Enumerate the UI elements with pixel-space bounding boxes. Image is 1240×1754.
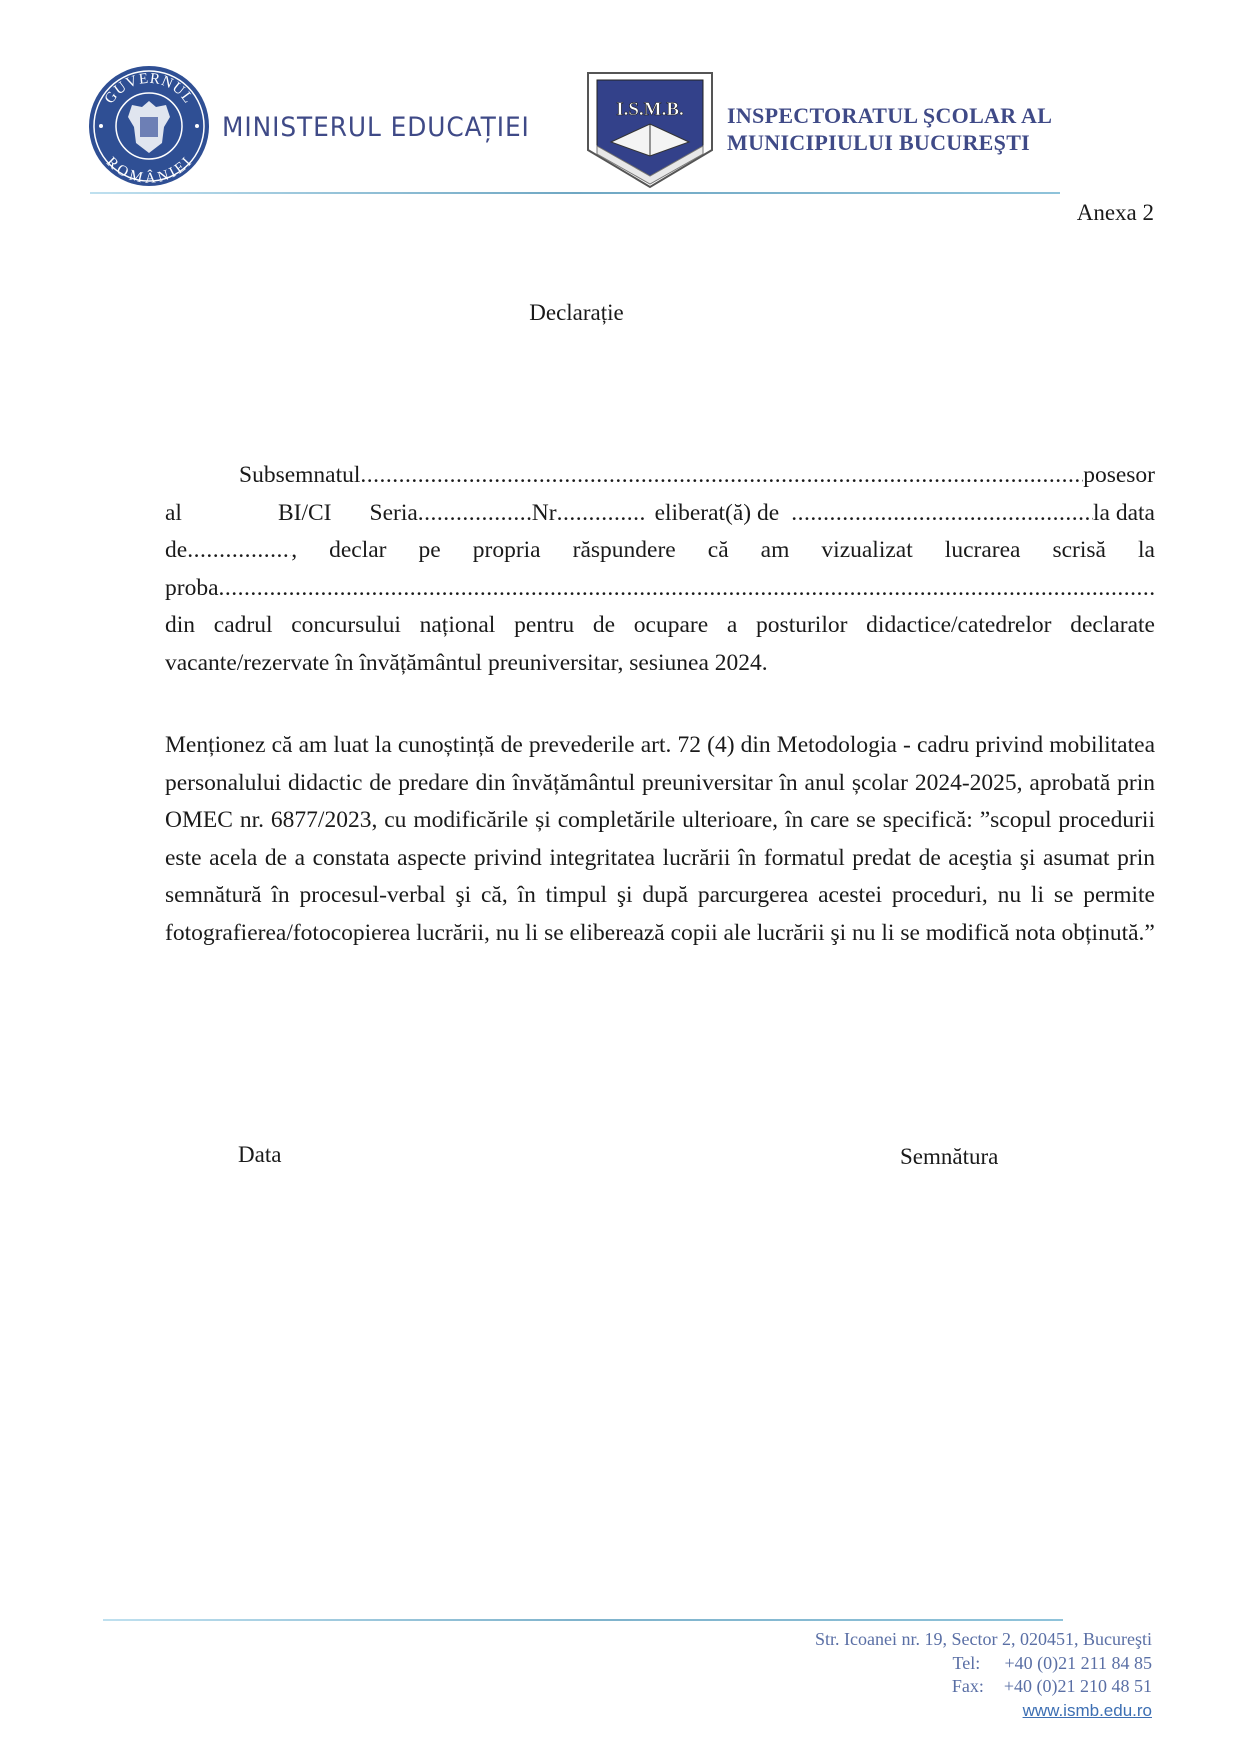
declaration-line-name: Subsemnatul posesor	[165, 457, 1155, 495]
declaration-paragraph: Subsemnatul posesor al BI/CI Seria Nr el…	[165, 457, 1155, 682]
tel-label: Tel:	[953, 1652, 1005, 1676]
label-la-data: la data	[1093, 495, 1155, 533]
date-label: Data	[238, 1142, 281, 1168]
annex-label: Anexa 2	[1077, 200, 1154, 226]
series-fill-field[interactable]	[418, 495, 532, 533]
label-bici: BI/CI	[278, 495, 332, 533]
footer-fax: Fax:+40 (0)21 210 48 51	[815, 1675, 1152, 1699]
mention-paragraph: Menționez că am luat la cunoștință de pr…	[165, 727, 1155, 952]
website-link[interactable]: www.ismb.edu.ro	[1023, 1701, 1152, 1720]
header-divider	[90, 192, 1060, 194]
label-proba: proba	[165, 570, 219, 608]
document-title: Declarație	[0, 300, 1153, 326]
label-de: de	[165, 532, 187, 570]
label-nr: Nr	[532, 495, 557, 533]
label-eliberat: eliberat(ă) de	[655, 495, 780, 533]
letterhead: GUVERNUL ROMÂNIEI MINISTERUL EDUCAȚIEI I…	[0, 0, 1240, 210]
inspectorate-name: INSPECTORATUL ŞCOLAR AL MUNICIPIULUI BUC…	[727, 102, 1052, 156]
label-seria: Seria	[370, 495, 418, 533]
footer-address: Str. Icoanei nr. 19, Sector 2, 020451, B…	[815, 1628, 1152, 1652]
ministry-name: MINISTERUL EDUCAȚIEI	[222, 112, 530, 143]
tel-number: +40 (0)21 211 84 85	[1005, 1653, 1152, 1673]
svg-text:I.S.M.B.: I.S.M.B.	[616, 99, 684, 120]
declaration-line-date: de , declar pe propria răspundere că am …	[165, 532, 1155, 570]
label-subsemnatul: Subsemnatul	[239, 457, 360, 495]
exam-fill-field[interactable]	[219, 570, 1155, 608]
footer-divider	[103, 1619, 1063, 1621]
footer-tel: Tel:+40 (0)21 211 84 85	[815, 1652, 1152, 1676]
name-fill-field[interactable]	[360, 457, 1083, 495]
declaration-line-id: al BI/CI Seria Nr eliberat(ă) de la data	[165, 495, 1155, 533]
declaration-context: din cadrul concursului național pentru d…	[165, 607, 1155, 682]
declaration-line-proba: proba	[165, 570, 1155, 608]
fax-number: +40 (0)21 210 48 51	[1004, 1676, 1152, 1696]
number-fill-field[interactable]	[557, 495, 645, 533]
signature-label: Semnătura	[900, 1144, 998, 1170]
issue-date-fill-field[interactable]	[187, 532, 291, 570]
romanian-government-seal-icon: GUVERNUL ROMÂNIEI	[88, 65, 210, 187]
declaration-statement: , declar pe propria răspundere că am viz…	[291, 532, 1155, 570]
label-posesor: posesor	[1083, 457, 1155, 495]
label-al: al	[165, 495, 182, 533]
issuer-fill-field[interactable]	[791, 495, 1093, 533]
contact-footer: Str. Icoanei nr. 19, Sector 2, 020451, B…	[815, 1628, 1152, 1722]
inspectorate-line-1: INSPECTORATUL ŞCOLAR AL	[727, 102, 1052, 129]
ismb-shield-logo-icon: I.S.M.B.	[585, 70, 715, 190]
fax-label: Fax:	[952, 1675, 1004, 1699]
inspectorate-line-2: MUNICIPIULUI BUCUREŞTI	[727, 129, 1052, 156]
